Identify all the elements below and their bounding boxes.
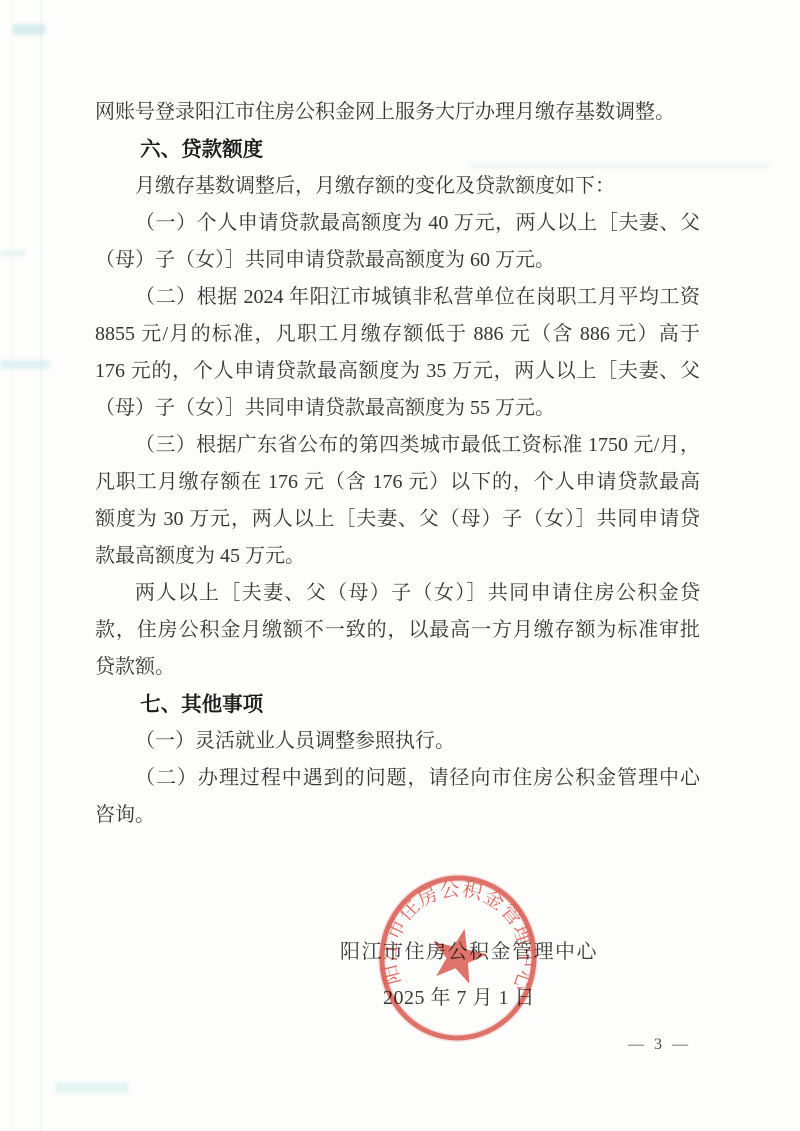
official-seal-stamp: 阳江市住房公积金管理中心 (373, 873, 543, 1043)
text-line: 176 元的，个人申请贷款最高额度为 35 万元，两人以上［夫妻、父 (95, 353, 700, 390)
text-line: 两人以上［夫妻、父（母）子（女）］共同申请住房公积金贷 (95, 575, 700, 612)
scan-fold-line (12, 0, 13, 1131)
text-line: （一）灵活就业人员调整参照执行。 (95, 723, 700, 760)
scan-artifact (0, 360, 50, 369)
scanned-document-page: 网账号登录阳江市住房公积金网上服务大厅办理月缴存基数调整。六、贷款额度月缴存基数… (0, 0, 800, 1131)
text-line: 款最高额度为 45 万元。 (95, 538, 700, 575)
text-line: 8855 元/月的标准，凡职工月缴存额低于 886 元（含 886 元）高于 (95, 316, 700, 353)
scan-artifact (55, 1082, 129, 1093)
scan-artifact (12, 24, 46, 35)
section-heading: 七、其他事项 (95, 686, 700, 723)
scan-artifact (0, 250, 26, 257)
text-line: 网账号登录阳江市住房公积金网上服务大厅办理月缴存基数调整。 (95, 94, 700, 131)
text-line: 凡职工月缴存额在 176 元（含 176 元）以下的，个人申请贷款最高 (95, 464, 700, 501)
page-number: — 3 — (628, 1036, 691, 1054)
scan-fold-line (40, 0, 42, 1131)
text-line: （三）根据广东省公布的第四类城市最低工资标准 1750 元/月， (95, 427, 700, 464)
seal-ring-text: 阳江市住房公积金管理中心 (375, 873, 543, 1000)
text-line: （一）个人申请贷款最高额度为 40 万元，两人以上［夫妻、父 (95, 205, 700, 242)
text-line: 咨询。 (95, 797, 700, 834)
text-line: 月缴存基数调整后，月缴存额的变化及贷款额度如下： (95, 168, 700, 205)
text-line: 贷款额。 (95, 649, 700, 686)
seal-star (426, 923, 492, 987)
text-line: （母）子（女）］共同申请贷款最高额度为 55 万元。 (95, 390, 700, 427)
text-line: 款，住房公积金月缴额不一致的，以最高一方月缴存额为标准审批 (95, 612, 700, 649)
section-heading: 六、贷款额度 (95, 131, 700, 168)
text-line: （母）子（女）］共同申请贷款最高额度为 60 万元。 (95, 242, 700, 279)
text-line: （二）办理过程中遇到的问题，请径向市住房公积金管理中心 (95, 760, 700, 797)
text-line: 额度为 30 万元，两人以上［夫妻、父（母）子（女）］共同申请贷 (95, 501, 700, 538)
text-line: （二）根据 2024 年阳江市城镇非私营单位在岗职工月平均工资 (95, 279, 700, 316)
document-body: 网账号登录阳江市住房公积金网上服务大厅办理月缴存基数调整。六、贷款额度月缴存基数… (95, 94, 700, 834)
